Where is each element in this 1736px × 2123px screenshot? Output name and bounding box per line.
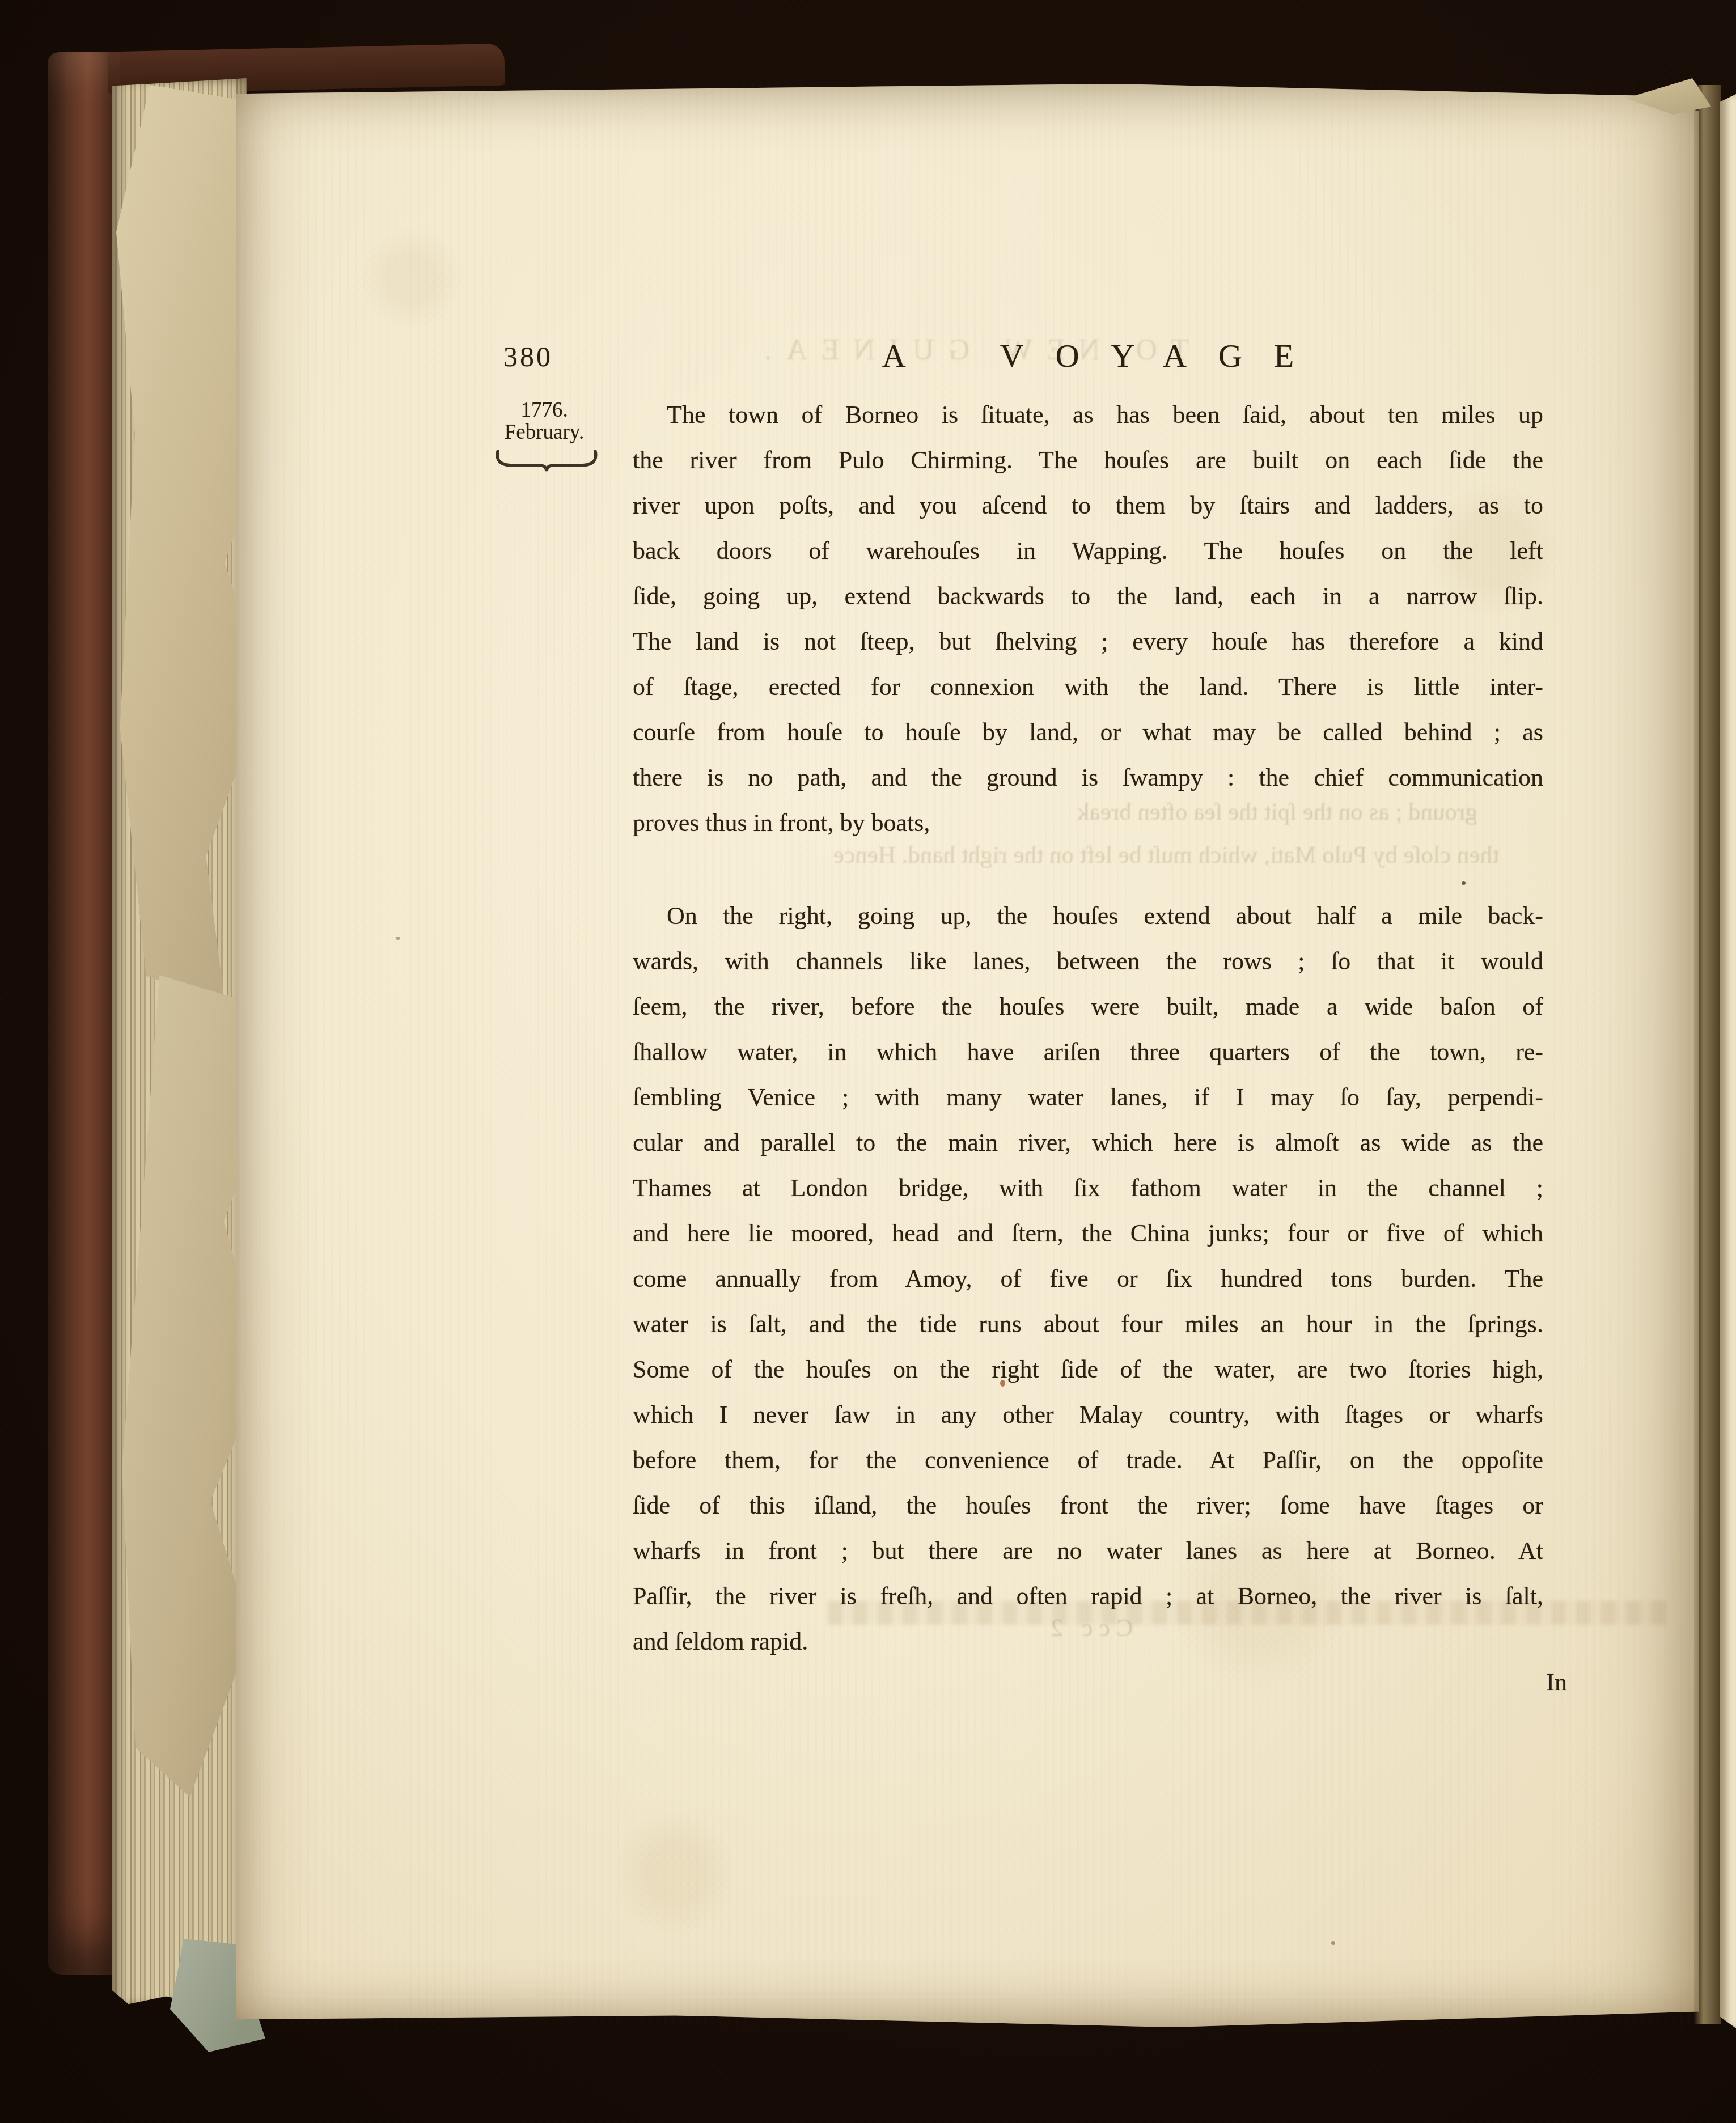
photograph-of-open-book-page: TO NEW GUINEA. ground ; as on the ſpit t… xyxy=(0,0,1736,2123)
text-line: wharfs in front ; but there are no water… xyxy=(633,1528,1543,1574)
text-line: On the right, going up, the houſes exten… xyxy=(633,893,1543,939)
text-line: cular and parallel to the main river, wh… xyxy=(633,1120,1543,1166)
text-block: The town of Borneo is ſituate, as has be… xyxy=(633,392,1543,1664)
text-line: back doors of warehouſes in Wapping. The… xyxy=(633,528,1543,574)
page-crease-shadow xyxy=(1694,85,1721,2024)
book-cover-spine-edge xyxy=(48,52,120,1975)
text-line: Paſſir, the river is freſh, and often ra… xyxy=(633,1574,1543,1619)
text-line: there is no path, and the ground is ſwam… xyxy=(633,755,1543,800)
text-line: and here lie moored, head and ſtern, the… xyxy=(633,1211,1543,1256)
text-line: come annually from Amoy, of five or ſix … xyxy=(633,1256,1543,1302)
text-line: of ſtage, erected for connexion with the… xyxy=(633,664,1543,710)
page-number: 380 xyxy=(503,340,553,373)
facing-page-edge xyxy=(1720,94,1736,2028)
text-line: ſide of this iſland, the houſes front th… xyxy=(633,1483,1543,1528)
margin-note-month: February. xyxy=(489,421,600,443)
text-line: proves thus in front, by boats, xyxy=(633,800,1543,846)
text-line: which I never ſaw in any other Malay cou… xyxy=(633,1392,1543,1438)
text-line: ſide, going up, extend backwards to the … xyxy=(633,574,1543,619)
text-line: The town of Borneo is ſituate, as has be… xyxy=(633,392,1543,438)
text-line: river upon poſts, and you aſcend to them… xyxy=(633,483,1543,528)
text-line: ſembling Venice ; with many water lanes,… xyxy=(633,1075,1543,1120)
margin-brace-icon xyxy=(493,449,600,472)
margin-note-year: 1776. xyxy=(489,399,600,421)
text-line: before them, for the convenience of trad… xyxy=(633,1438,1543,1483)
paragraph-2: On the right, going up, the houſes exten… xyxy=(633,893,1543,1664)
text-line: courſe from houſe to houſe by land, or w… xyxy=(633,710,1543,755)
text-line: wards, with channels like lanes, between… xyxy=(633,939,1543,984)
text-line: Some of the houſes on the right ſide of … xyxy=(633,1347,1543,1392)
running-head-title: A VOYAGE xyxy=(633,337,1543,375)
text-line: ſhallow water, in which have ariſen thre… xyxy=(633,1029,1543,1075)
margin-date-note: 1776. February. xyxy=(489,399,600,443)
text-line: water is ſalt, and the tide runs about f… xyxy=(633,1302,1543,1347)
text-line: ſeem, the river, before the houſes were … xyxy=(633,984,1543,1029)
text-line: the river from Pulo Chirming. The houſes… xyxy=(633,438,1543,483)
text-line: The land is not ſteep, but ſhelving ; ev… xyxy=(633,619,1543,664)
text-line: Thames at London bridge, with ſix fathom… xyxy=(633,1166,1543,1211)
text-line: and ſeldom rapid. xyxy=(633,1619,1543,1664)
catchword: In xyxy=(633,1668,1567,1697)
paragraph-1: The town of Borneo is ſituate, as has be… xyxy=(633,392,1543,846)
